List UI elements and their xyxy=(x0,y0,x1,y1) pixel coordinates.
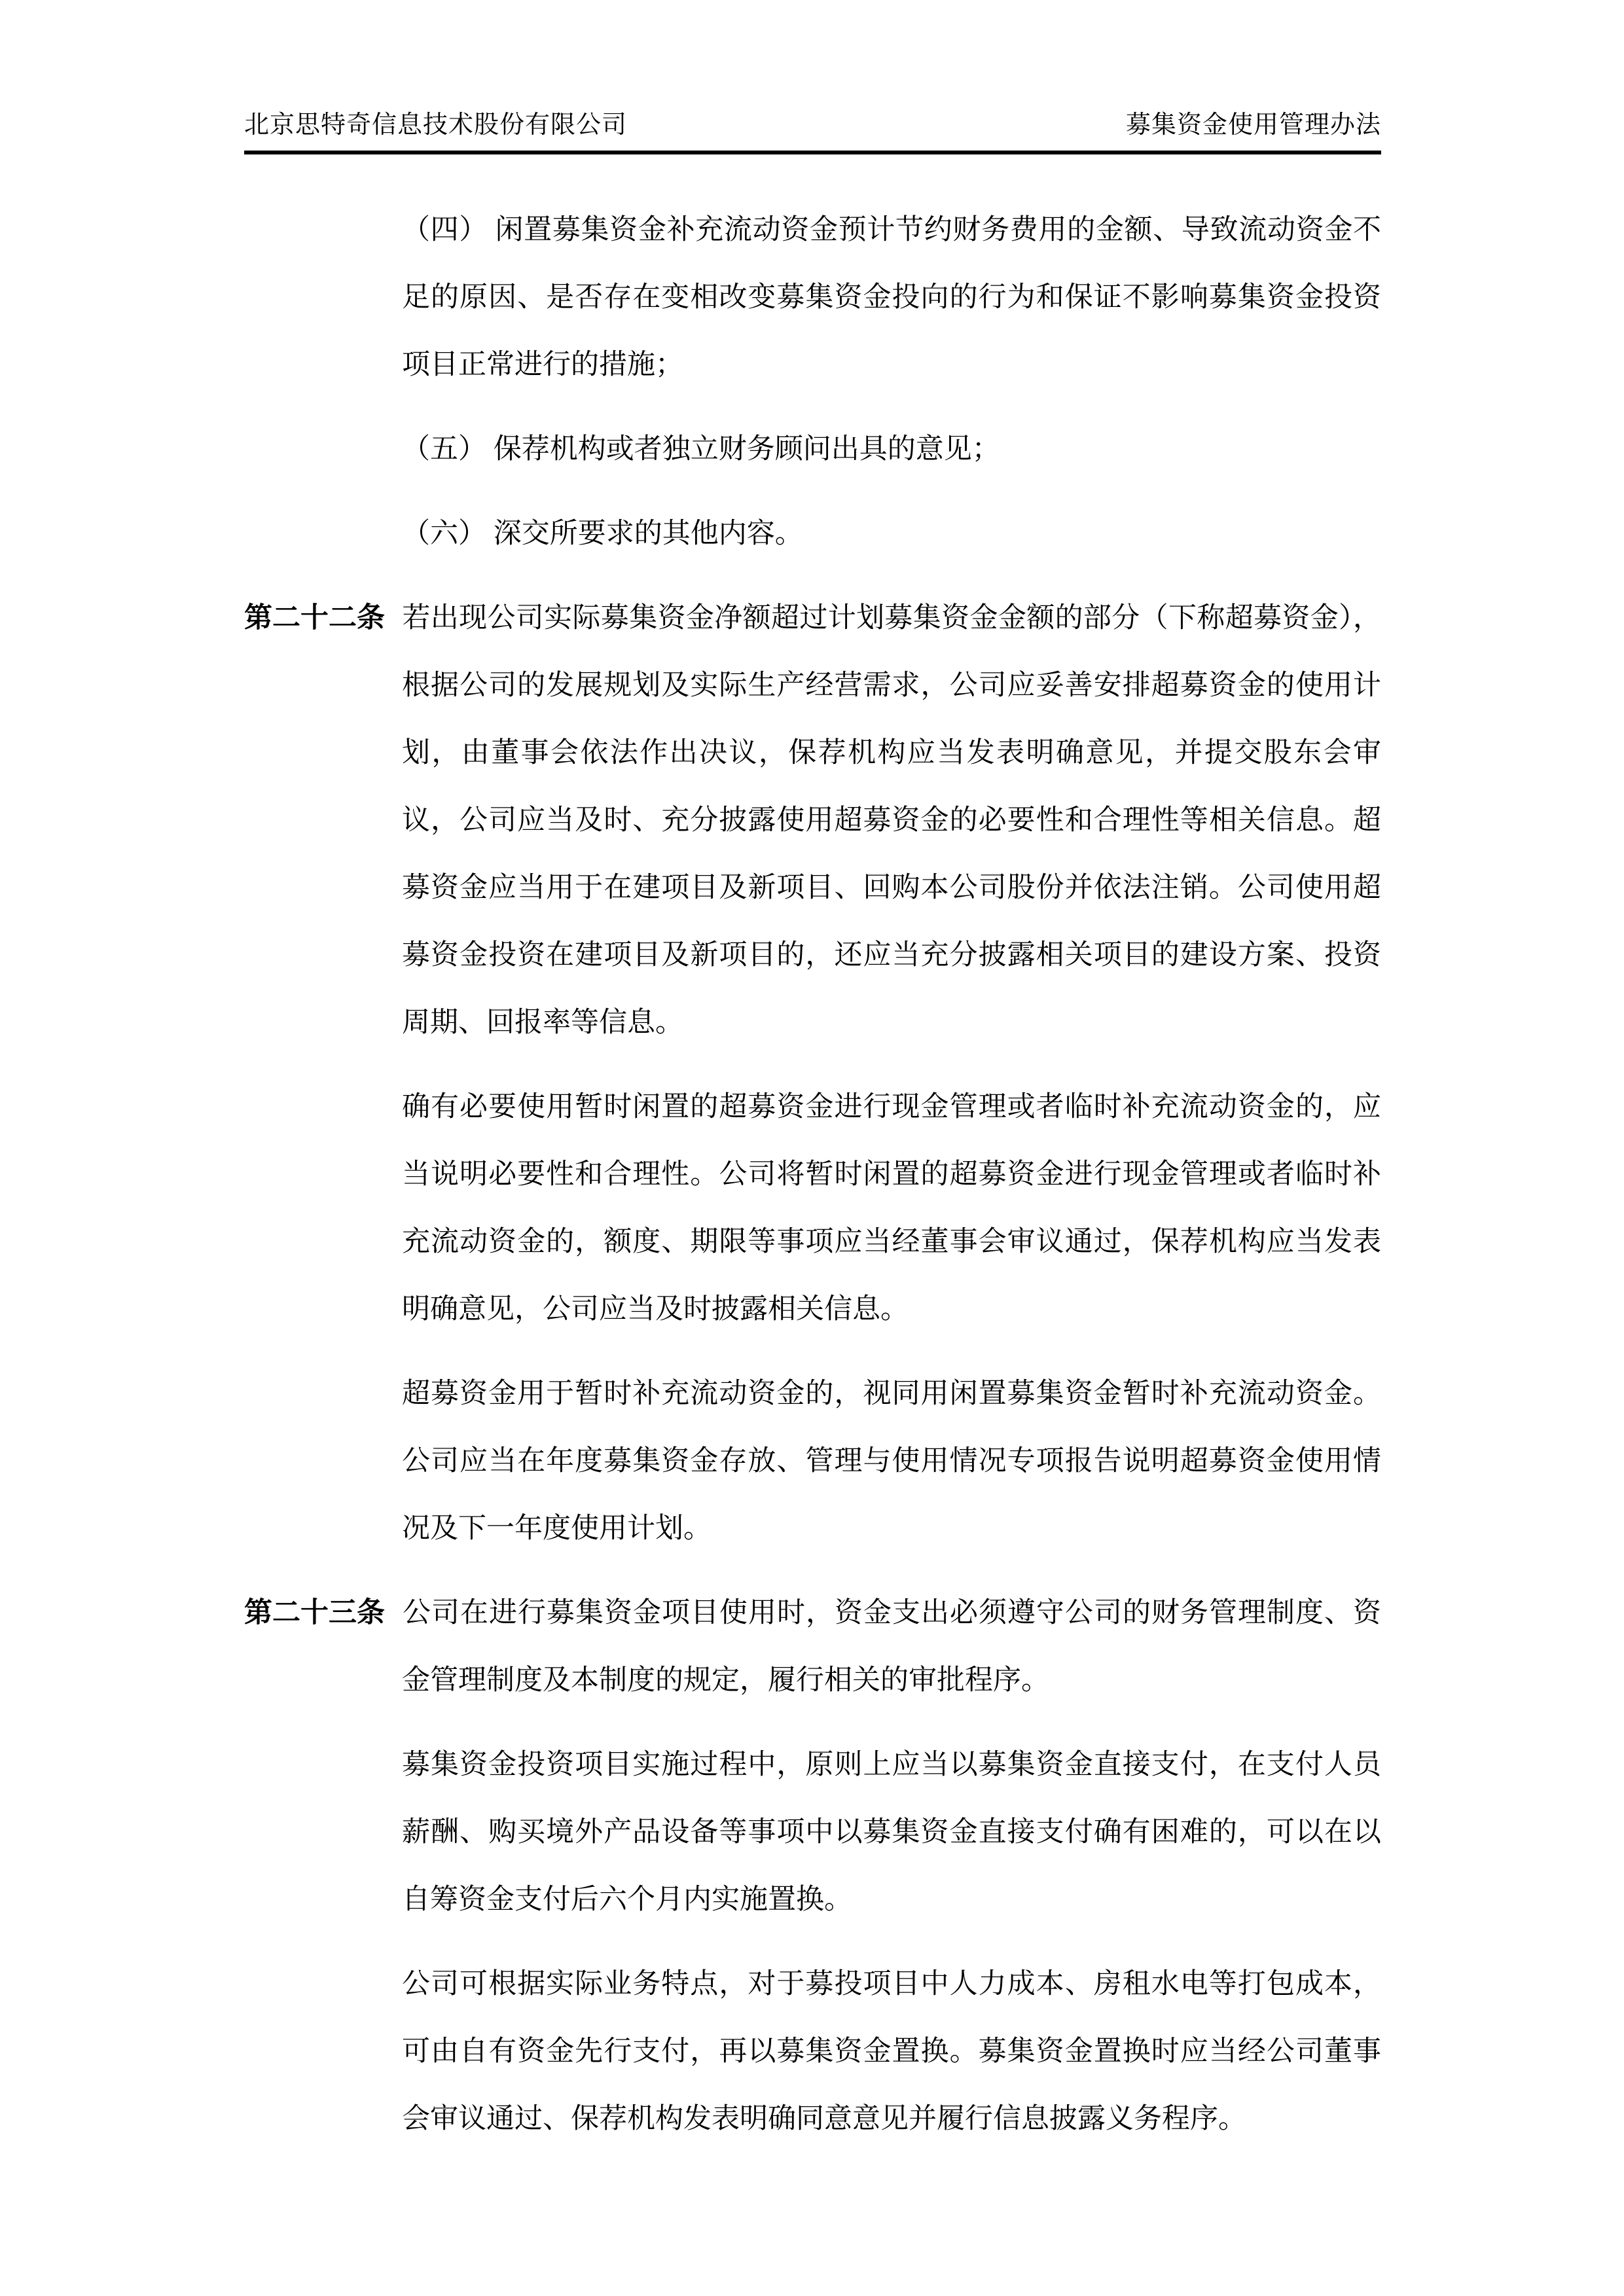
header-row: 北京思特奇信息技术股份有限公司 募集资金使用管理办法 xyxy=(244,110,1381,141)
article-23-opening-text: 公司在进行募集资金项目使用时，资金支出必须遵守公司的财务管理制度、资金管理制度及… xyxy=(402,1598,1381,1696)
header-company-name: 北京思特奇信息技术股份有限公司 xyxy=(244,110,627,141)
article-22-opening-text: 若出现公司实际募集资金净额超过计划募集资金金额的部分（下称超募资金），根据公司的… xyxy=(402,603,1381,1038)
list-item-4: （四） 闲置募集资金补充流动资金预计节约财务费用的金额、导致流动资金不足的原因、… xyxy=(402,196,1381,399)
article-23-label: 第二十三条 xyxy=(244,1579,402,1647)
article-22-label: 第二十二条 xyxy=(244,584,402,652)
article-22-paragraph-3: 超募资金用于暂时补充流动资金的，视同用闲置募集资金暂时补充流动资金。公司应当在年… xyxy=(402,1360,1381,1562)
page-header: 北京思特奇信息技术股份有限公司 募集资金使用管理办法 xyxy=(244,110,1381,154)
article-22-opening-paragraph: 第二十二条若出现公司实际募集资金净额超过计划募集资金金额的部分（下称超募资金），… xyxy=(402,584,1381,1056)
article-23-opening-paragraph: 第二十三条公司在进行募集资金项目使用时，资金支出必须遵守公司的财务管理制度、资金… xyxy=(402,1579,1381,1714)
article-23-paragraph-2: 募集资金投资项目实施过程中，原则上应当以募集资金直接支付，在支付人员薪酬、购买境… xyxy=(402,1731,1381,1933)
header-doc-title: 募集资金使用管理办法 xyxy=(1126,110,1381,141)
page: 北京思特奇信息技术股份有限公司 募集资金使用管理办法 （四） 闲置募集资金补充流… xyxy=(0,0,1624,2296)
header-rule xyxy=(244,151,1381,154)
article-23: 第二十三条公司在进行募集资金项目使用时，资金支出必须遵守公司的财务管理制度、资金… xyxy=(402,1579,1381,2153)
article-22-paragraph-2: 确有必要使用暂时闲置的超募资金进行现金管理或者临时补充流动资金的，应当说明必要性… xyxy=(402,1073,1381,1343)
article-23-paragraph-3: 公司可根据实际业务特点，对于募投项目中人力成本、房租水电等打包成本，可由自有资金… xyxy=(402,1950,1381,2153)
document-body: （四） 闲置募集资金补充流动资金预计节约财务费用的金额、导致流动资金不足的原因、… xyxy=(402,196,1381,2170)
article-22: 第二十二条若出现公司实际募集资金净额超过计划募集资金金额的部分（下称超募资金），… xyxy=(402,584,1381,1562)
list-item-6: （六） 深交所要求的其他内容。 xyxy=(402,500,1381,567)
list-item-5: （五） 保荐机构或者独立财务顾问出具的意见； xyxy=(402,416,1381,483)
